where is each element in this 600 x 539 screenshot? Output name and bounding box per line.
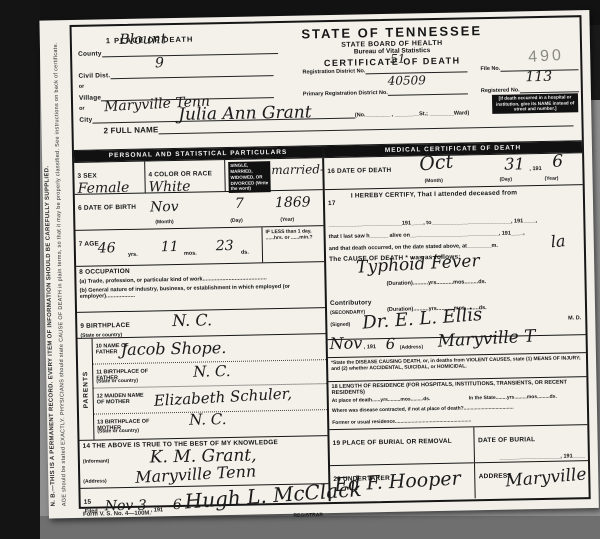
full-name-label: 2 FULL NAME xyxy=(103,125,158,135)
age-years-value: 46 xyxy=(98,240,116,256)
undertaker-address-value: Maryville xyxy=(505,464,588,491)
certify-line1: I HEREBY CERTIFY, That I attended deceas… xyxy=(351,189,518,199)
if-less-note: IF LESS than 1 day, ......hrs. or ......… xyxy=(261,226,324,262)
age-months-value: 11 xyxy=(161,239,179,255)
dod-year-caption: (Year) xyxy=(545,176,559,182)
certificate-body: 1 PLACE OF DEATH STATE OF TENNESSEE STAT… xyxy=(70,15,591,509)
dod-month-caption: (Month) xyxy=(425,178,443,184)
day-caption: (Day) xyxy=(230,218,243,224)
birthplace-label: 9 BIRTHPLACE xyxy=(80,322,130,330)
city-label: City xyxy=(79,117,92,124)
primary-registration-label: Primary Registration District No. xyxy=(303,90,388,98)
signed-caption: (Signed) xyxy=(330,322,350,328)
date-of-death-row: 16 DATE OF DEATH Oct 31 , 191 6 (Month) … xyxy=(324,153,583,190)
filed-year-hand: 6 xyxy=(173,497,182,513)
dod-year-hand: 6 xyxy=(552,152,563,172)
or-label-1: or xyxy=(79,84,85,90)
sex-color-marital-row: 3 SEX Female 4 COLOR OR RACE White SINGL… xyxy=(74,158,323,195)
age-days-value: 23 xyxy=(216,238,234,254)
certify-line3: that I last saw h______ alive on________… xyxy=(329,229,581,240)
birthplace-value: N. C. xyxy=(172,310,212,330)
certify-number: 17 xyxy=(328,200,336,207)
color-race-label: 4 COLOR OR RACE xyxy=(148,170,212,178)
burial-place-label: 19 PLACE OF BURIAL OR REMOVAL xyxy=(333,438,452,447)
county-value: Blount xyxy=(119,31,166,48)
parents-block: PARENTS 10 NAME OF FATHER Jacob Shope. 1… xyxy=(78,334,328,441)
dob-label: 6 DATE OF BIRTH xyxy=(78,204,136,212)
registration-district-label: Registration District No. xyxy=(302,68,365,75)
age-label: 7 AGE xyxy=(79,240,99,247)
occupation-row: 8 OCCUPATION (a) Trade, profession, or p… xyxy=(76,262,325,313)
duration-caption: (Duration)..........yrs...........mos...… xyxy=(386,279,486,287)
residence-row: 18 LENGTH OF RESIDENCE (FOR HOSPITALS, I… xyxy=(328,377,587,430)
parents-label: PARENTS xyxy=(82,370,90,408)
residence-where-contracted: Where was disease contracted, if not at … xyxy=(332,405,514,414)
year-caption: (Year) xyxy=(280,217,294,223)
registered-no-label: Registered No. xyxy=(481,87,520,94)
scanned-death-certificate: N. B.—THIS IS A PERMANENT RECORD. EVERY … xyxy=(0,0,600,539)
dob-month-value: Nov xyxy=(150,199,179,216)
city-suffix: (No.________ , ________St.; ________Ward… xyxy=(355,110,470,118)
mother-name-value: Elizabeth Schuler, xyxy=(153,384,292,409)
marital-status-value: married- xyxy=(271,162,324,177)
residence-in-state: In the State........yrs.........mos.....… xyxy=(469,394,557,402)
residence-former: Former or usual residence...............… xyxy=(332,417,471,426)
primary-registration-line: Primary Registration District No. 40509 xyxy=(303,85,468,97)
burial-row: 19 PLACE OF BURIAL OR REMOVAL DATE OF BU… xyxy=(329,425,588,466)
dob-year-value: 1869 xyxy=(275,194,311,211)
medical-column: 16 DATE OF DEATH Oct 31 , 191 6 (Month) … xyxy=(324,153,589,501)
dod-year-print: , 191 xyxy=(529,166,541,172)
physician-date-hand: Nov xyxy=(330,333,363,353)
dod-day-caption: (Day) xyxy=(500,177,513,183)
undertaker-row: 20 UNDERTAKER Ed F. Hooper ADDRESS Maryv… xyxy=(330,461,589,501)
marital-status-label: SINGLE, MARRIED, WIDOWED, OR DIVORCED (W… xyxy=(228,161,271,193)
cause-mark-value: la xyxy=(550,231,566,251)
certify-line4: and that death occurred, on the date sta… xyxy=(329,241,581,252)
county-line: County Blount xyxy=(78,45,278,58)
civil-dist-label: Civil Dist. xyxy=(78,72,110,80)
mother-birthplace-value: N. C. xyxy=(189,410,227,429)
mos-caption: mos. xyxy=(184,251,197,257)
dob-day-value: 7 xyxy=(235,196,244,212)
filed-number: 15 xyxy=(84,499,92,506)
or-label-2: or xyxy=(79,106,85,112)
physician-year-hand: 6 xyxy=(386,335,396,353)
civil-dist-value: 9 xyxy=(155,55,164,71)
informant-caption: (Informant) xyxy=(83,458,110,465)
ds-caption: ds. xyxy=(241,250,249,256)
scan-background-left xyxy=(0,0,40,539)
residence-at-place: At place of death......yrs.........mos..… xyxy=(332,396,431,404)
file-no-label: File No. xyxy=(480,66,500,72)
registered-no-value: 113 xyxy=(525,69,552,86)
father-birthplace-caption: (State or country) xyxy=(96,378,138,385)
registration-district-value: 51 xyxy=(390,52,406,66)
certify-line2: ________________________191____, to_____… xyxy=(328,217,580,228)
certificate-header: 1 PLACE OF DEATH STATE OF TENNESSEE STAT… xyxy=(72,17,582,151)
physician-address-caption: (Address) xyxy=(400,344,423,350)
yrs-caption: yrs. xyxy=(128,252,138,258)
personal-column: 3 SEX Female 4 COLOR OR RACE White SINGL… xyxy=(74,158,331,506)
hospital-note: [If death occurred in a hospital or inst… xyxy=(492,93,578,114)
md-caption: M. D. xyxy=(568,315,581,321)
undertaker-value: Ed F. Hooper xyxy=(334,467,461,496)
filed-row: 15 Filed Nov 3 , 191 6 Hugh L. McClack R… xyxy=(80,484,329,530)
registrar-caption: REGISTRAR xyxy=(293,512,323,519)
father-birthplace-value: N. C. xyxy=(193,362,231,381)
mother-birthplace-row: 13 BIRTHPLACE OF MOTHER (State or countr… xyxy=(94,410,327,438)
date-of-birth-row: 6 DATE OF BIRTH Nov 7 1869 (Month) (Day)… xyxy=(75,190,324,231)
certification-block: 17 I HEREBY CERTIFY, That I attended dec… xyxy=(325,185,586,340)
full-name-value: Julia Ann Grant xyxy=(178,102,312,125)
sex-label: 3 SEX xyxy=(77,173,97,180)
contributory-label: Contributory xyxy=(330,299,372,307)
village-label: Village xyxy=(79,94,101,101)
dod-month-value: Oct xyxy=(418,151,454,176)
dod-day-value: 31 xyxy=(504,154,525,173)
mother-birthplace-caption: (State or country) xyxy=(97,428,139,435)
month-caption: (Month) xyxy=(155,219,173,225)
mother-name-label: 12 MAIDEN NAME OF MOTHER xyxy=(97,393,151,406)
primary-registration-value: 40509 xyxy=(387,73,425,88)
physician-address-value: Maryville T xyxy=(437,326,536,351)
county-label: County xyxy=(78,50,102,57)
filed-year-print: , 191 xyxy=(151,507,163,513)
certificate-page: N. B.—THIS IS A PERMANENT RECORD. EVERY … xyxy=(39,10,598,518)
dod-label: 16 DATE OF DEATH xyxy=(327,167,391,175)
father-name-value: Jacob Shope. xyxy=(121,338,227,359)
burial-date-blank: ____________________, 191____ xyxy=(478,453,585,461)
informant-address-caption: (Address) xyxy=(83,478,106,484)
physician-year-print: , 191 xyxy=(364,344,376,350)
registered-no-line: Registered No. 113 xyxy=(481,83,579,94)
burial-date-label: DATE OF BURIAL xyxy=(478,436,535,444)
physician-signature: Dr. E. L. Ellis xyxy=(362,304,483,334)
age-row: 7 AGE 46 yrs. 11 mos. 23 ds. IF LESS tha… xyxy=(75,226,324,267)
civil-dist-line: Civil Dist. 9 xyxy=(78,67,273,80)
registration-district-line: Registration District No. 51 xyxy=(302,63,467,75)
occupation-b-label: (b) General nature of industry, business… xyxy=(80,283,320,300)
